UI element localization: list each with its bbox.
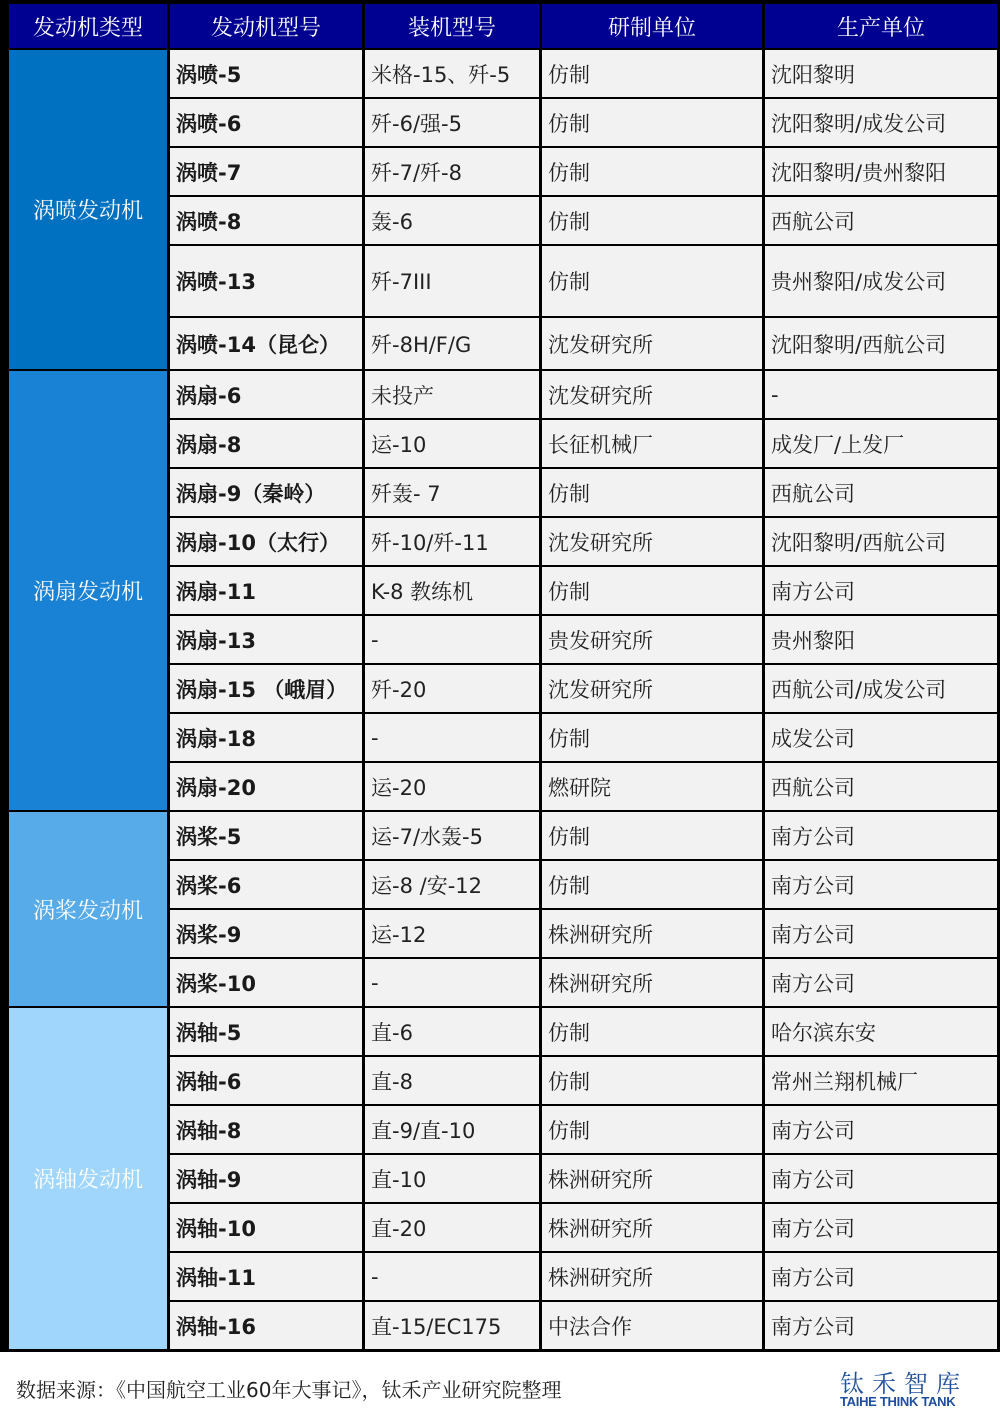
engine-model-cell: 涡轴-9 [170,1155,362,1202]
engine-model-cell: 涡轴-10 [170,1204,362,1251]
developer-cell: 仿制 [542,197,762,244]
developer-cell: 仿制 [542,99,762,146]
engine-model-cell: 涡扇-20 [170,763,362,810]
aircraft-model-cell: 歼-6/强-5 [365,99,539,146]
aircraft-model-cell: 轰-6 [365,197,539,244]
developer-cell: 株洲研究所 [542,1204,762,1251]
engine-model-cell: 涡扇-18 [170,714,362,761]
footer: 数据来源：《中国航空工业60年大事记》，钛禾产业研究院整理 钛禾智库 TAIHE… [0,1352,1000,1426]
table-row: 涡桨发动机涡桨-5运-7/水轰-5仿制南方公司 [9,812,997,859]
aircraft-model-cell: 运-10 [365,420,539,467]
header-producer: 生产单位 [765,4,997,48]
developer-cell: 株洲研究所 [542,910,762,957]
aircraft-model-cell: 直-9/直-10 [365,1106,539,1153]
aircraft-model-cell: - [365,1253,539,1300]
engine-model-cell: 涡扇-9（秦岭） [170,469,362,516]
producer-cell: 常州兰翔机械厂 [765,1057,997,1104]
table-body: 涡喷发动机涡喷-5米格-15、歼-5仿制沈阳黎明涡喷-6歼-6/强-5仿制沈阳黎… [9,50,997,1349]
engine-model-cell: 涡桨-10 [170,959,362,1006]
producer-cell: 南方公司 [765,1204,997,1251]
producer-cell: 南方公司 [765,1155,997,1202]
engine-type-cell: 涡轴发动机 [9,1008,167,1349]
header-engine-model: 发动机型号 [170,4,362,48]
developer-cell: 株洲研究所 [542,1155,762,1202]
engine-model-cell: 涡轴-5 [170,1008,362,1055]
aircraft-model-cell: 直-15/EC175 [365,1302,539,1349]
engine-model-cell: 涡喷-7 [170,148,362,195]
aircraft-model-cell: 歼轰- 7 [365,469,539,516]
engine-model-cell: 涡桨-5 [170,812,362,859]
producer-cell: 贵州黎阳/成发公司 [765,246,997,316]
logo-english-name: TAIHE THINK TANK [840,1394,955,1409]
engine-type-cell: 涡桨发动机 [9,812,167,1006]
developer-cell: 沈发研究所 [542,518,762,565]
producer-cell: 沈阳黎明 [765,50,997,97]
logo-speed-lines-icon [740,1368,832,1412]
engine-model-cell: 涡扇-15 （峨眉） [170,665,362,712]
producer-cell: 南方公司 [765,1106,997,1153]
producer-cell: 南方公司 [765,861,997,908]
producer-cell: 西航公司 [765,469,997,516]
producer-cell: 成发厂/上发厂 [765,420,997,467]
engine-model-cell: 涡扇-10（太行） [170,518,362,565]
producer-cell: 南方公司 [765,567,997,614]
developer-cell: 仿制 [542,567,762,614]
developer-cell: 沈发研究所 [542,371,762,418]
engine-type-cell: 涡喷发动机 [9,50,167,369]
aircraft-model-cell: 运-8 /安-12 [365,861,539,908]
engine-model-cell: 涡喷-13 [170,246,362,316]
producer-cell: 成发公司 [765,714,997,761]
developer-cell: 燃研院 [542,763,762,810]
producer-cell: 西航公司/成发公司 [765,665,997,712]
engine-model-cell: 涡喷-14（昆仑） [170,318,362,369]
engine-model-cell: 涡喷-8 [170,197,362,244]
aircraft-model-cell: 直-6 [365,1008,539,1055]
aircraft-model-cell: 运-7/水轰-5 [365,812,539,859]
developer-cell: 沈发研究所 [542,318,762,369]
data-source-note: 数据来源：《中国航空工业60年大事记》，钛禾产业研究院整理 [16,1374,561,1403]
producer-cell: 南方公司 [765,1253,997,1300]
developer-cell: 中法合作 [542,1302,762,1349]
header-aircraft-model: 装机型号 [365,4,539,48]
aircraft-model-cell: 运-20 [365,763,539,810]
engine-model-cell: 涡扇-6 [170,371,362,418]
producer-cell: 沈阳黎明/西航公司 [765,518,997,565]
header-row: 发动机类型 发动机型号 装机型号 研制单位 生产单位 [9,4,997,48]
developer-cell: 株洲研究所 [542,959,762,1006]
aircraft-model-cell: - [365,959,539,1006]
developer-cell: 仿制 [542,469,762,516]
developer-cell: 仿制 [542,50,762,97]
aircraft-model-cell: 歼-7/歼-8 [365,148,539,195]
engine-model-cell: 涡轴-8 [170,1106,362,1153]
engine-table: 发动机类型 发动机型号 装机型号 研制单位 生产单位 涡喷发动机涡喷-5米格-1… [6,2,1000,1351]
engine-model-cell: 涡轴-11 [170,1253,362,1300]
developer-cell: 仿制 [542,246,762,316]
producer-cell: 南方公司 [765,910,997,957]
table-row: 涡扇发动机涡扇-6未投产沈发研究所- [9,371,997,418]
aircraft-model-cell: 歼-10/歼-11 [365,518,539,565]
aircraft-model-cell: K-8 教练机 [365,567,539,614]
taihe-logo: 钛禾智库 TAIHE THINK TANK [740,1364,980,1416]
engine-model-cell: 涡扇-13 [170,616,362,663]
aircraft-model-cell: 直-8 [365,1057,539,1104]
producer-cell: 南方公司 [765,959,997,1006]
aircraft-model-cell: 歼-7III [365,246,539,316]
engine-model-cell: 涡桨-6 [170,861,362,908]
developer-cell: 贵发研究所 [542,616,762,663]
engine-model-cell: 涡喷-6 [170,99,362,146]
aircraft-model-cell: 歼-20 [365,665,539,712]
developer-cell: 仿制 [542,1057,762,1104]
developer-cell: 长征机械厂 [542,420,762,467]
table-row: 涡喷发动机涡喷-5米格-15、歼-5仿制沈阳黎明 [9,50,997,97]
developer-cell: 仿制 [542,812,762,859]
producer-cell: 南方公司 [765,812,997,859]
aircraft-model-cell: - [365,616,539,663]
engine-type-cell: 涡扇发动机 [9,371,167,810]
producer-cell: 西航公司 [765,763,997,810]
table-row: 涡轴发动机涡轴-5直-6仿制哈尔滨东安 [9,1008,997,1055]
producer-cell: 贵州黎阳 [765,616,997,663]
aircraft-model-cell: - [365,714,539,761]
header-developer: 研制单位 [542,4,762,48]
developer-cell: 仿制 [542,1008,762,1055]
aircraft-model-cell: 直-20 [365,1204,539,1251]
aircraft-model-cell: 运-12 [365,910,539,957]
aircraft-model-cell: 直-10 [365,1155,539,1202]
producer-cell: 哈尔滨东安 [765,1008,997,1055]
engine-model-cell: 涡轴-6 [170,1057,362,1104]
engine-model-cell: 涡扇-8 [170,420,362,467]
developer-cell: 沈发研究所 [542,665,762,712]
producer-cell: 沈阳黎明/贵州黎阳 [765,148,997,195]
aircraft-model-cell: 未投产 [365,371,539,418]
producer-cell: 沈阳黎明/成发公司 [765,99,997,146]
producer-cell: 南方公司 [765,1302,997,1349]
aircraft-model-cell: 歼-8H/F/G [365,318,539,369]
producer-cell: 西航公司 [765,197,997,244]
header-engine-type: 发动机类型 [9,4,167,48]
producer-cell: 沈阳黎明/西航公司 [765,318,997,369]
developer-cell: 仿制 [542,1106,762,1153]
producer-cell: - [765,371,997,418]
engine-model-cell: 涡桨-9 [170,910,362,957]
engine-model-cell: 涡喷-5 [170,50,362,97]
developer-cell: 仿制 [542,861,762,908]
engine-model-cell: 涡轴-16 [170,1302,362,1349]
engine-model-cell: 涡扇-11 [170,567,362,614]
developer-cell: 仿制 [542,148,762,195]
developer-cell: 仿制 [542,714,762,761]
table-frame: 发动机类型 发动机型号 装机型号 研制单位 生产单位 涡喷发动机涡喷-5米格-1… [0,0,1000,1352]
developer-cell: 株洲研究所 [542,1253,762,1300]
aircraft-model-cell: 米格-15、歼-5 [365,50,539,97]
